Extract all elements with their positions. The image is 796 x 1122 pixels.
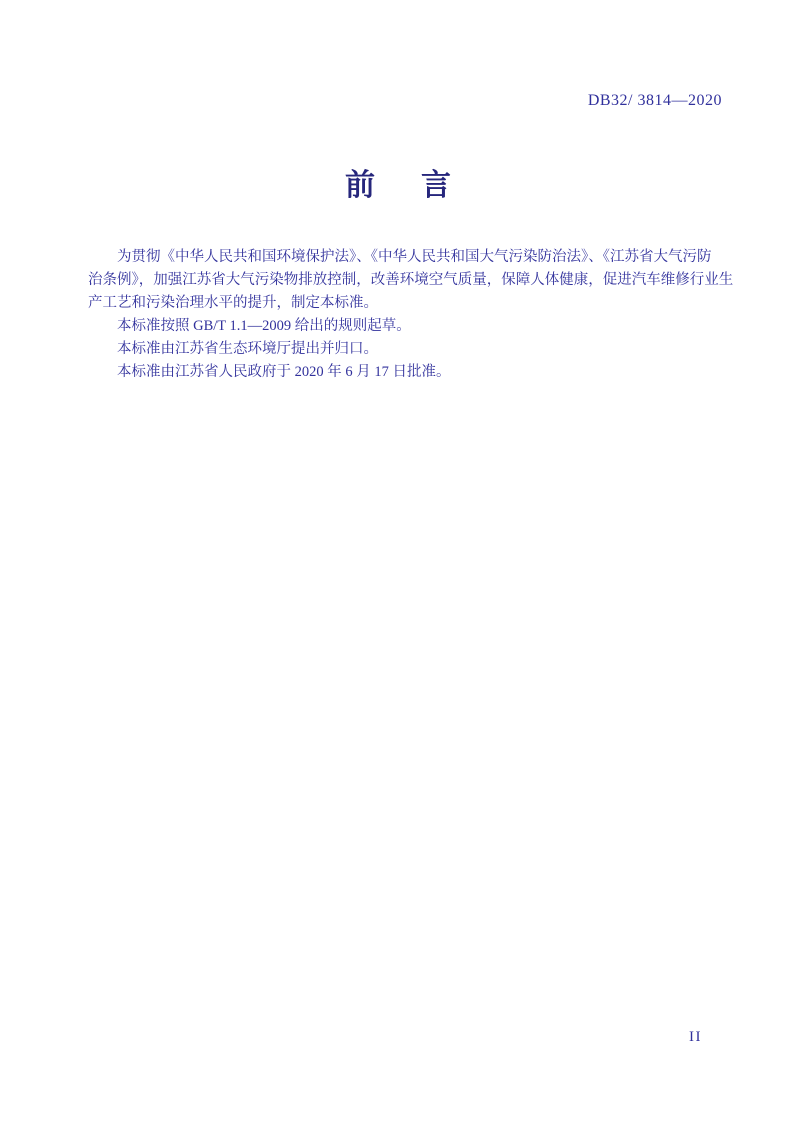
standard-code-header: DB32/ 3814—2020 xyxy=(588,92,722,110)
foreword-body: 为贯彻《中华人民共和国环境保护法》、《中华人民共和国大气污染防治法》、《江苏省大… xyxy=(88,246,728,384)
document-page: DB32/ 3814—2020 前 言 为贯彻《中华人民共和国环境保护法》、《中… xyxy=(0,0,796,1122)
foreword-line-1: 为贯彻《中华人民共和国环境保护法》、《中华人民共和国大气污染防治法》、《江苏省大… xyxy=(88,246,728,269)
foreword-line-2: 治条例》，加强江苏省大气污染物排放控制，改善环境空气质量，保障人体健康，促进汽车… xyxy=(88,269,728,292)
foreword-line-6: 本标准由江苏省人民政府于 2020 年 6 月 17 日批准。 xyxy=(88,361,728,384)
foreword-title-char-1: 前 xyxy=(345,166,375,206)
foreword-title-char-2: 言 xyxy=(421,166,451,206)
foreword-title: 前 言 xyxy=(0,166,796,206)
page-number: II xyxy=(689,1029,702,1046)
foreword-line-4: 本标准按照 GB/T 1.1—2009 给出的规则起草。 xyxy=(88,315,728,338)
foreword-line-3: 产工艺和污染治理水平的提升，制定本标准。 xyxy=(88,292,728,315)
foreword-line-5: 本标准由江苏省生态环境厅提出并归口。 xyxy=(88,338,728,361)
